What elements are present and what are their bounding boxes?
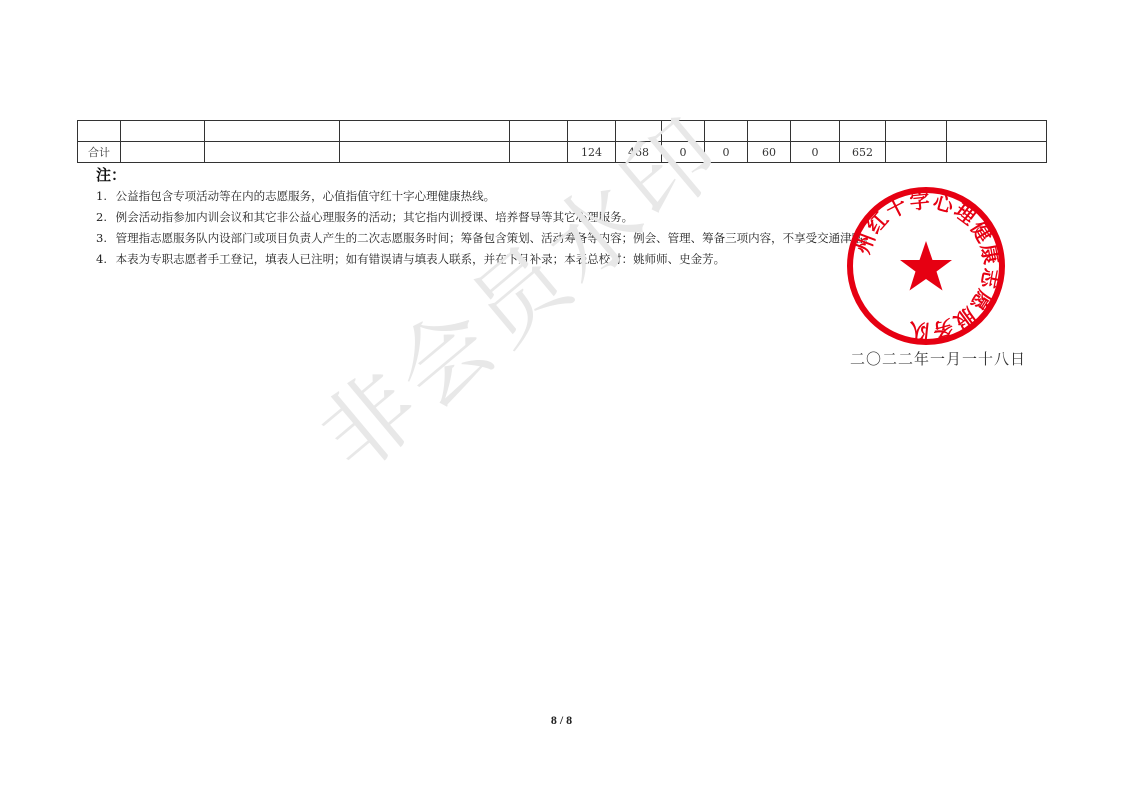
table-cell: 合计 (78, 142, 121, 163)
table-cell: 60 (748, 142, 791, 163)
note-number: 1. (96, 186, 112, 207)
summary-table: 合计12446800600652 (77, 120, 1047, 163)
table-cell: 0 (662, 142, 705, 163)
table-cell (616, 121, 662, 142)
table-cell (705, 121, 748, 142)
table-cell (78, 121, 121, 142)
table-cell (568, 121, 616, 142)
star-icon (900, 241, 952, 291)
document-page: 合计12446800600652 注： 1. 公益指包含专项活动等在内的志愿服务… (0, 0, 1123, 794)
seal-date: 二〇二二年一月一十八日 (850, 348, 1026, 369)
table-cell (791, 121, 840, 142)
notes-list: 1. 公益指包含专项活动等在内的志愿服务，心值指值守红十字心理健康热线。2. 例… (96, 186, 875, 270)
table-cell (886, 121, 947, 142)
table-cell (510, 121, 568, 142)
table-cell (121, 142, 205, 163)
table-cell (205, 121, 340, 142)
table-cell: 652 (840, 142, 886, 163)
note-text: 管理指志愿服务队内设部门或项目负责人产生的二次志愿服务时间；筹备包含策划、活动筹… (112, 231, 875, 245)
table-cell (340, 121, 510, 142)
note-number: 3. (96, 228, 112, 249)
table-cell (205, 142, 340, 163)
table-cell: 0 (791, 142, 840, 163)
table-cell (510, 142, 568, 163)
table-cell (947, 142, 1047, 163)
note-text: 公益指包含专项活动等在内的志愿服务，心值指值守红十字心理健康热线。 (112, 189, 495, 203)
table-cell (947, 121, 1047, 142)
note-text: 例会活动指参加内训会议和其它非公益心理服务的活动；其它指内训授课、培养督导等其它… (112, 210, 633, 224)
note-item: 1. 公益指包含专项活动等在内的志愿服务，心值指值守红十字心理健康热线。 (96, 186, 875, 207)
table-row-empty (78, 121, 1047, 142)
table-cell (662, 121, 705, 142)
note-item: 2. 例会活动指参加内训会议和其它非公益心理服务的活动；其它指内训授课、培养督导… (96, 207, 875, 228)
table-cell (121, 121, 205, 142)
note-number: 2. (96, 207, 112, 228)
table-cell (840, 121, 886, 142)
table-cell: 468 (616, 142, 662, 163)
page-number: 8 / 8 (0, 713, 1123, 728)
table-row-total: 合计12446800600652 (78, 142, 1047, 163)
table-cell (886, 142, 947, 163)
table-cell: 124 (568, 142, 616, 163)
note-number: 4. (96, 249, 112, 270)
note-item: 4. 本表为专职志愿者手工登记，填表人已注明；如有错误请与填表人联系，并在下月补… (96, 249, 875, 270)
note-item: 3. 管理指志愿服务队内设部门或项目负责人产生的二次志愿服务时间；筹备包含策划、… (96, 228, 875, 249)
notes-title: 注： (96, 164, 126, 185)
table-cell: 0 (705, 142, 748, 163)
table-cell (748, 121, 791, 142)
table-cell (340, 142, 510, 163)
official-seal: 郑州红十字心理健康志愿服务队 (845, 185, 1007, 347)
note-text: 本表为专职志愿者手工登记，填表人已注明；如有错误请与填表人联系，并在下月补录；本… (112, 252, 725, 266)
